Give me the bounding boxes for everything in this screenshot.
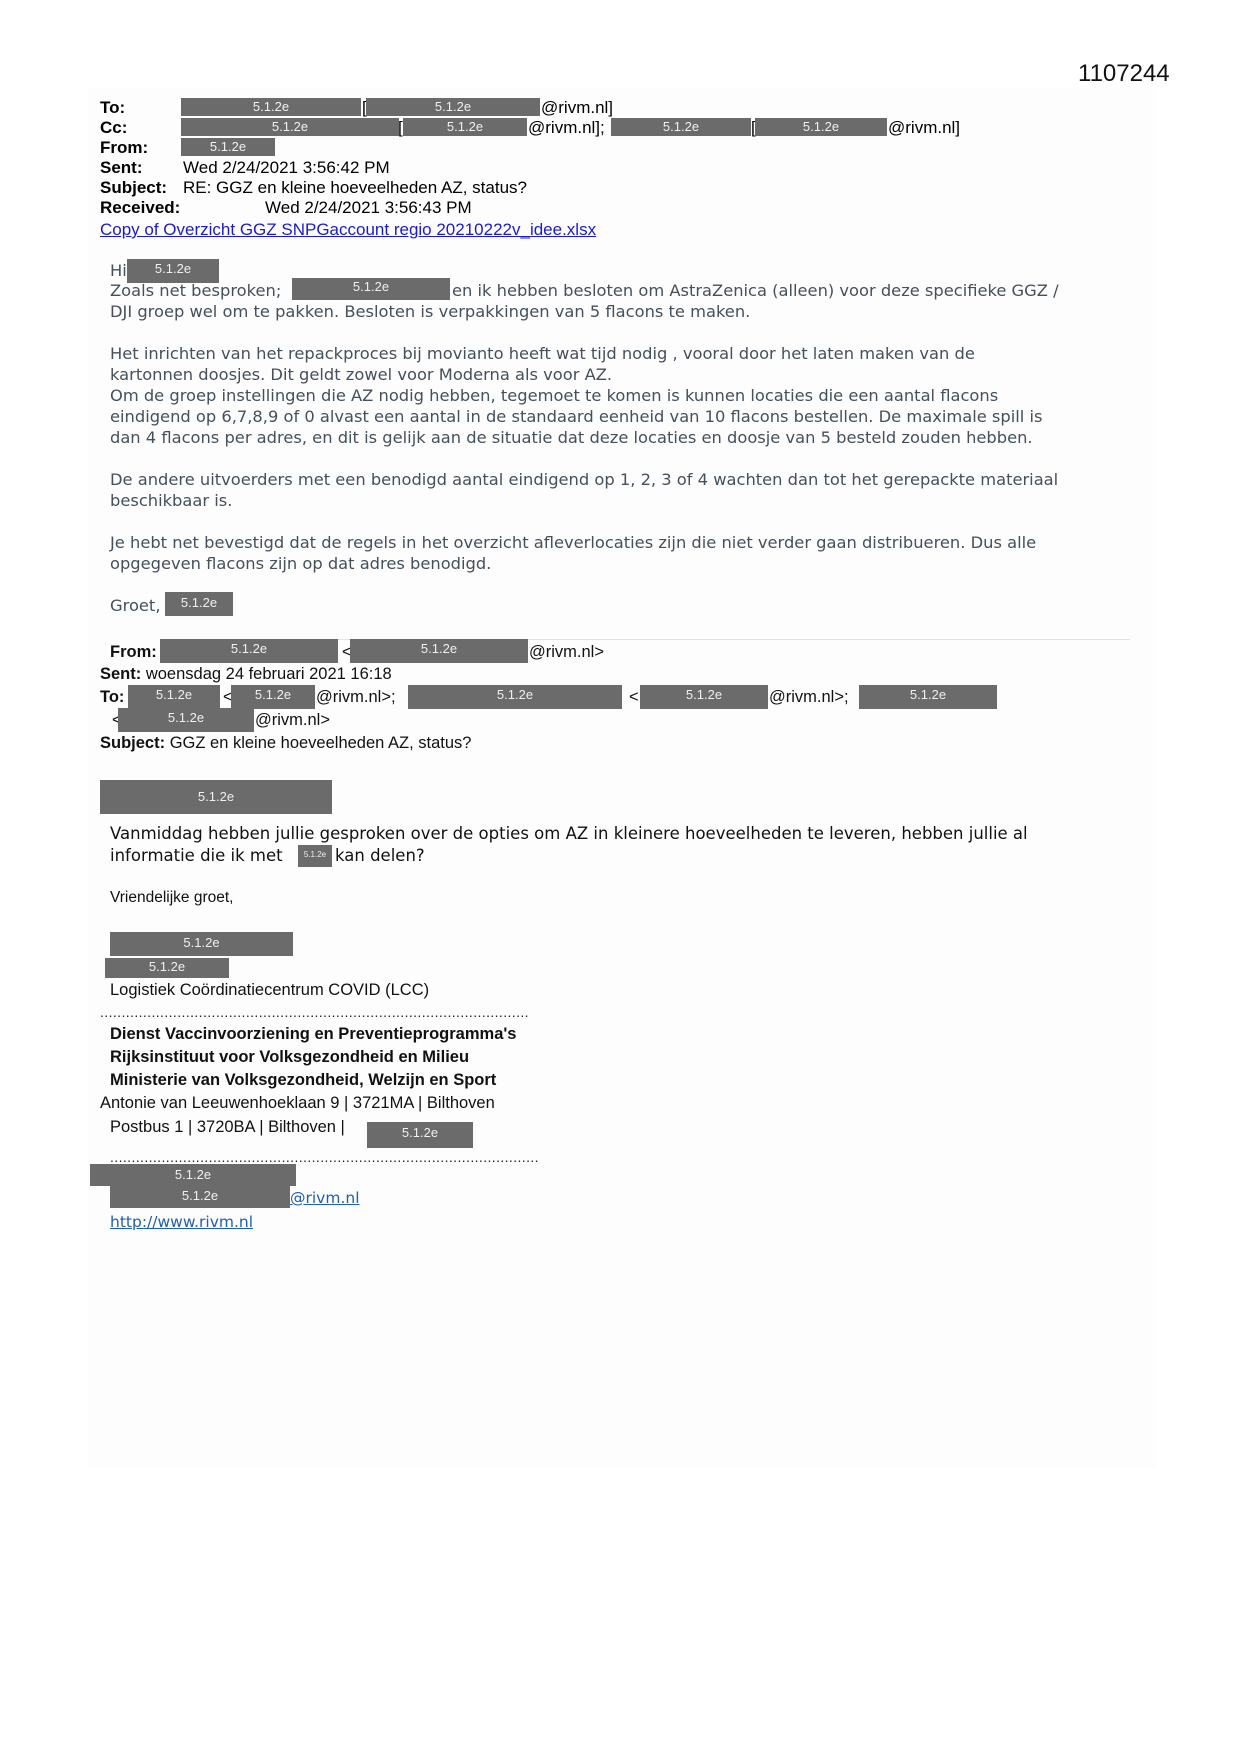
reply-line: en ik hebben besloten om AstraZenica (al…: [452, 280, 1059, 301]
redaction: 5.1.2e: [859, 685, 997, 709]
reply-paragraph: Je hebt net bevestigd dat de regels in h…: [110, 532, 1036, 574]
reply-text: De andere uitvoerders met een benodigd a…: [110, 469, 1058, 490]
received-label: Received:: [100, 198, 182, 218]
quoted-from-row: From:: [110, 641, 157, 664]
subject-label: Subject:: [100, 178, 182, 198]
header-received-row: Received: Wed 2/24/2021 3:56:43 PM: [100, 198, 182, 218]
sent-value: Wed 2/24/2021 3:56:42 PM: [183, 158, 390, 178]
to-address-suffix: @rivm.nl>;: [316, 686, 396, 709]
signature-dotted-divider: ........................................…: [100, 1004, 528, 1020]
reply-line: DJI groep wel om te pakken. Besloten is …: [110, 301, 750, 322]
quoted-to-row: To:: [100, 686, 124, 709]
redaction: 5.1.2e: [105, 958, 229, 978]
redaction: 5.1.2e: [755, 118, 887, 136]
header-sent-row: Sent: Wed 2/24/2021 3:56:42 PM: [100, 158, 182, 178]
signature-org-line: Ministerie van Volksgezondheid, Welzijn …: [110, 1069, 496, 1092]
quoted-sent-value: woensdag 24 februari 2021 16:18: [146, 665, 392, 683]
reply-text: kartonnen doosjes. Dit geldt zowel voor …: [110, 364, 1043, 385]
original-line: informatie die ik met: [110, 845, 283, 867]
reply-text: en ik hebben besloten om AstraZenica (al…: [452, 281, 1059, 300]
header-to-row: To:: [100, 98, 182, 118]
original-text: Vanmiddag hebben jullie gesproken over d…: [110, 824, 1028, 843]
redaction: 5.1.2e: [118, 708, 254, 732]
original-closing: Vriendelijke groet,: [110, 886, 234, 909]
signature-website-link[interactable]: http://www.rivm.nl: [110, 1211, 253, 1234]
lt-symbol: <: [629, 686, 639, 709]
cc-address-suffix: @rivm.nl]: [888, 118, 960, 138]
reply-text: eindigend op 6,7,8,9 of 0 alvast een aan…: [110, 406, 1043, 427]
reply-line: Zoals net besproken;: [110, 280, 281, 301]
cc-address-suffix: @rivm.nl];: [528, 118, 605, 138]
redaction: 5.1.2e: [350, 639, 528, 663]
from-label: From:: [100, 138, 182, 158]
attachment-link[interactable]: Copy of Overzicht GGZ SNPGaccount regio …: [100, 220, 596, 240]
original-text: informatie die ik met: [110, 846, 283, 865]
redaction: 5.1.2e: [181, 138, 275, 156]
to-address-suffix: @rivm.nl>: [255, 709, 330, 732]
signature-address: Antonie van Leeuwenhoeklaan 9 | 3721MA |…: [100, 1092, 495, 1115]
quoted-sent-row: Sent: woensdag 24 februari 2021 16:18: [100, 663, 392, 686]
redaction: 5.1.2e: [128, 685, 220, 709]
subject-value: RE: GGZ en kleine hoeveelheden AZ, statu…: [183, 178, 527, 198]
reply-closing: Groet,: [110, 595, 161, 616]
cc-label: Cc:: [100, 118, 182, 138]
redaction: 5.1.2e: [367, 1122, 473, 1148]
redaction: 5.1.2e: [100, 780, 332, 814]
document-id: 1107244: [1078, 60, 1170, 88]
reply-greeting: Hi: [110, 260, 127, 281]
reply-text: Het inrichten van het repackproces bij m…: [110, 343, 1043, 364]
redaction: 5.1.2e: [90, 1164, 296, 1186]
redaction: 5.1.2e: [292, 278, 450, 300]
redaction: 5.1.2e: [231, 685, 315, 709]
quoted-subject-value: GGZ en kleine hoeveelheden AZ, status?: [170, 734, 472, 752]
header-subject-row: Subject: RE: GGZ en kleine hoeveelheden …: [100, 178, 182, 198]
greeting-text: Hi: [110, 261, 127, 280]
quoted-subject-label: Subject:: [100, 734, 165, 752]
redaction: 5.1.2e: [640, 685, 768, 709]
redaction: 5.1.2e: [298, 845, 332, 867]
to-address-suffix: @rivm.nl>;: [769, 686, 849, 709]
redaction: 5.1.2e: [110, 1186, 290, 1208]
signature-org-line: Rijksinstituut voor Volksgezondheid en M…: [110, 1046, 469, 1069]
signature-dotted-divider: ........................................…: [110, 1149, 538, 1165]
signature-postbus: Postbus 1 | 3720BA | Bilthoven |: [110, 1116, 345, 1139]
header-cc-row: Cc:: [100, 118, 182, 138]
redaction: 5.1.2e: [403, 118, 527, 136]
redaction: 5.1.2e: [611, 118, 751, 136]
to-address-suffix: @rivm.nl]: [541, 98, 613, 118]
from-address-suffix: @rivm.nl>: [529, 641, 604, 664]
reply-text: beschikbaar is.: [110, 490, 1058, 511]
original-text: kan delen?: [335, 846, 425, 865]
signature-email-link[interactable]: @rivm.nl: [290, 1187, 360, 1210]
redaction: 5.1.2e: [181, 98, 361, 116]
reply-text: dan 4 flacons per adres, en dit is gelij…: [110, 427, 1043, 448]
closing-text: Groet,: [110, 596, 161, 615]
reply-text: opgegeven flacons zijn op dat adres beno…: [110, 553, 1036, 574]
sent-label: Sent:: [100, 158, 182, 178]
reply-text: Je hebt net bevestigd dat de regels in h…: [110, 532, 1036, 553]
quoted-subject-row: Subject: GGZ en kleine hoeveelheden AZ, …: [100, 732, 471, 755]
original-line: Vanmiddag hebben jullie gesproken over d…: [110, 823, 1028, 845]
original-line: kan delen?: [335, 845, 425, 867]
header-from-row: From:: [100, 138, 182, 158]
reply-text: DJI groep wel om te pakken. Besloten is …: [110, 302, 750, 321]
reply-text: Om de groep instellingen die AZ nodig he…: [110, 385, 1043, 406]
signature-org-line: Dienst Vaccinvoorziening en Preventiepro…: [110, 1023, 516, 1046]
reply-paragraph: Het inrichten van het repackproces bij m…: [110, 343, 1043, 448]
quoted-sent-label: Sent:: [100, 665, 141, 683]
received-value: Wed 2/24/2021 3:56:43 PM: [265, 198, 472, 218]
quoted-from-label: From:: [110, 643, 157, 661]
redaction: 5.1.2e: [181, 118, 399, 136]
reply-text: Zoals net besproken;: [110, 281, 281, 300]
redaction: 5.1.2e: [160, 639, 338, 663]
redaction: 5.1.2e: [366, 98, 540, 116]
signature-department: Logistiek Coördinatiecentrum COVID (LCC): [110, 979, 429, 1002]
redaction: 5.1.2e: [408, 685, 622, 709]
to-label: To:: [100, 98, 182, 118]
reply-paragraph: De andere uitvoerders met een benodigd a…: [110, 469, 1058, 511]
quoted-to-label: To:: [100, 688, 124, 706]
redaction: 5.1.2e: [165, 592, 233, 616]
redaction: 5.1.2e: [110, 932, 293, 956]
